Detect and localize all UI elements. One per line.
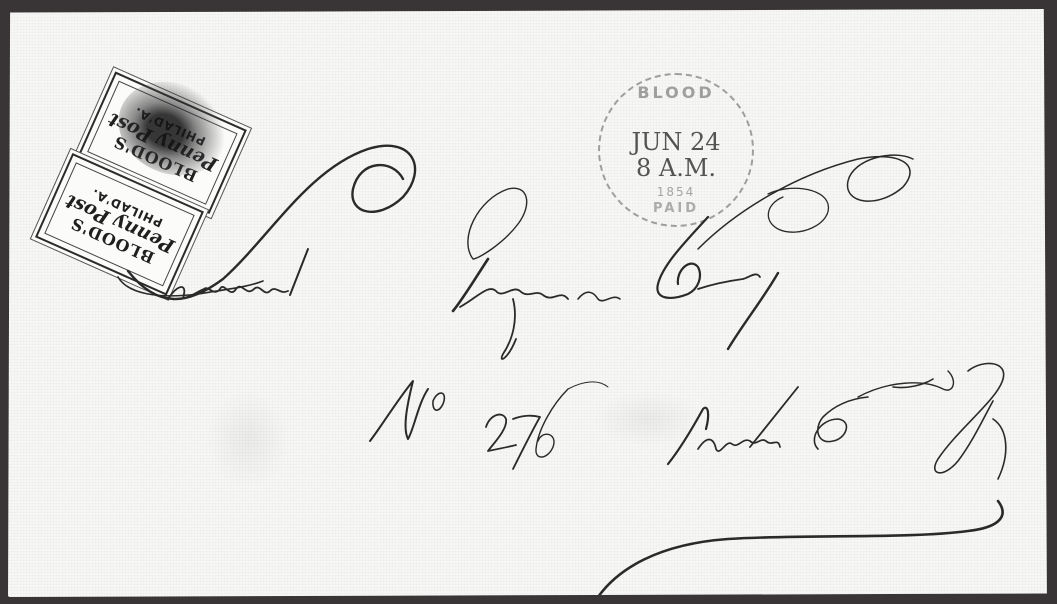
handwritten-address [8,9,1049,597]
address-line-2-script [370,363,1006,597]
address-line-1-script [118,146,913,359]
envelope: BLOOD'S Penny Post PHILAD'A. BLOOD'S Pen… [8,9,1049,597]
